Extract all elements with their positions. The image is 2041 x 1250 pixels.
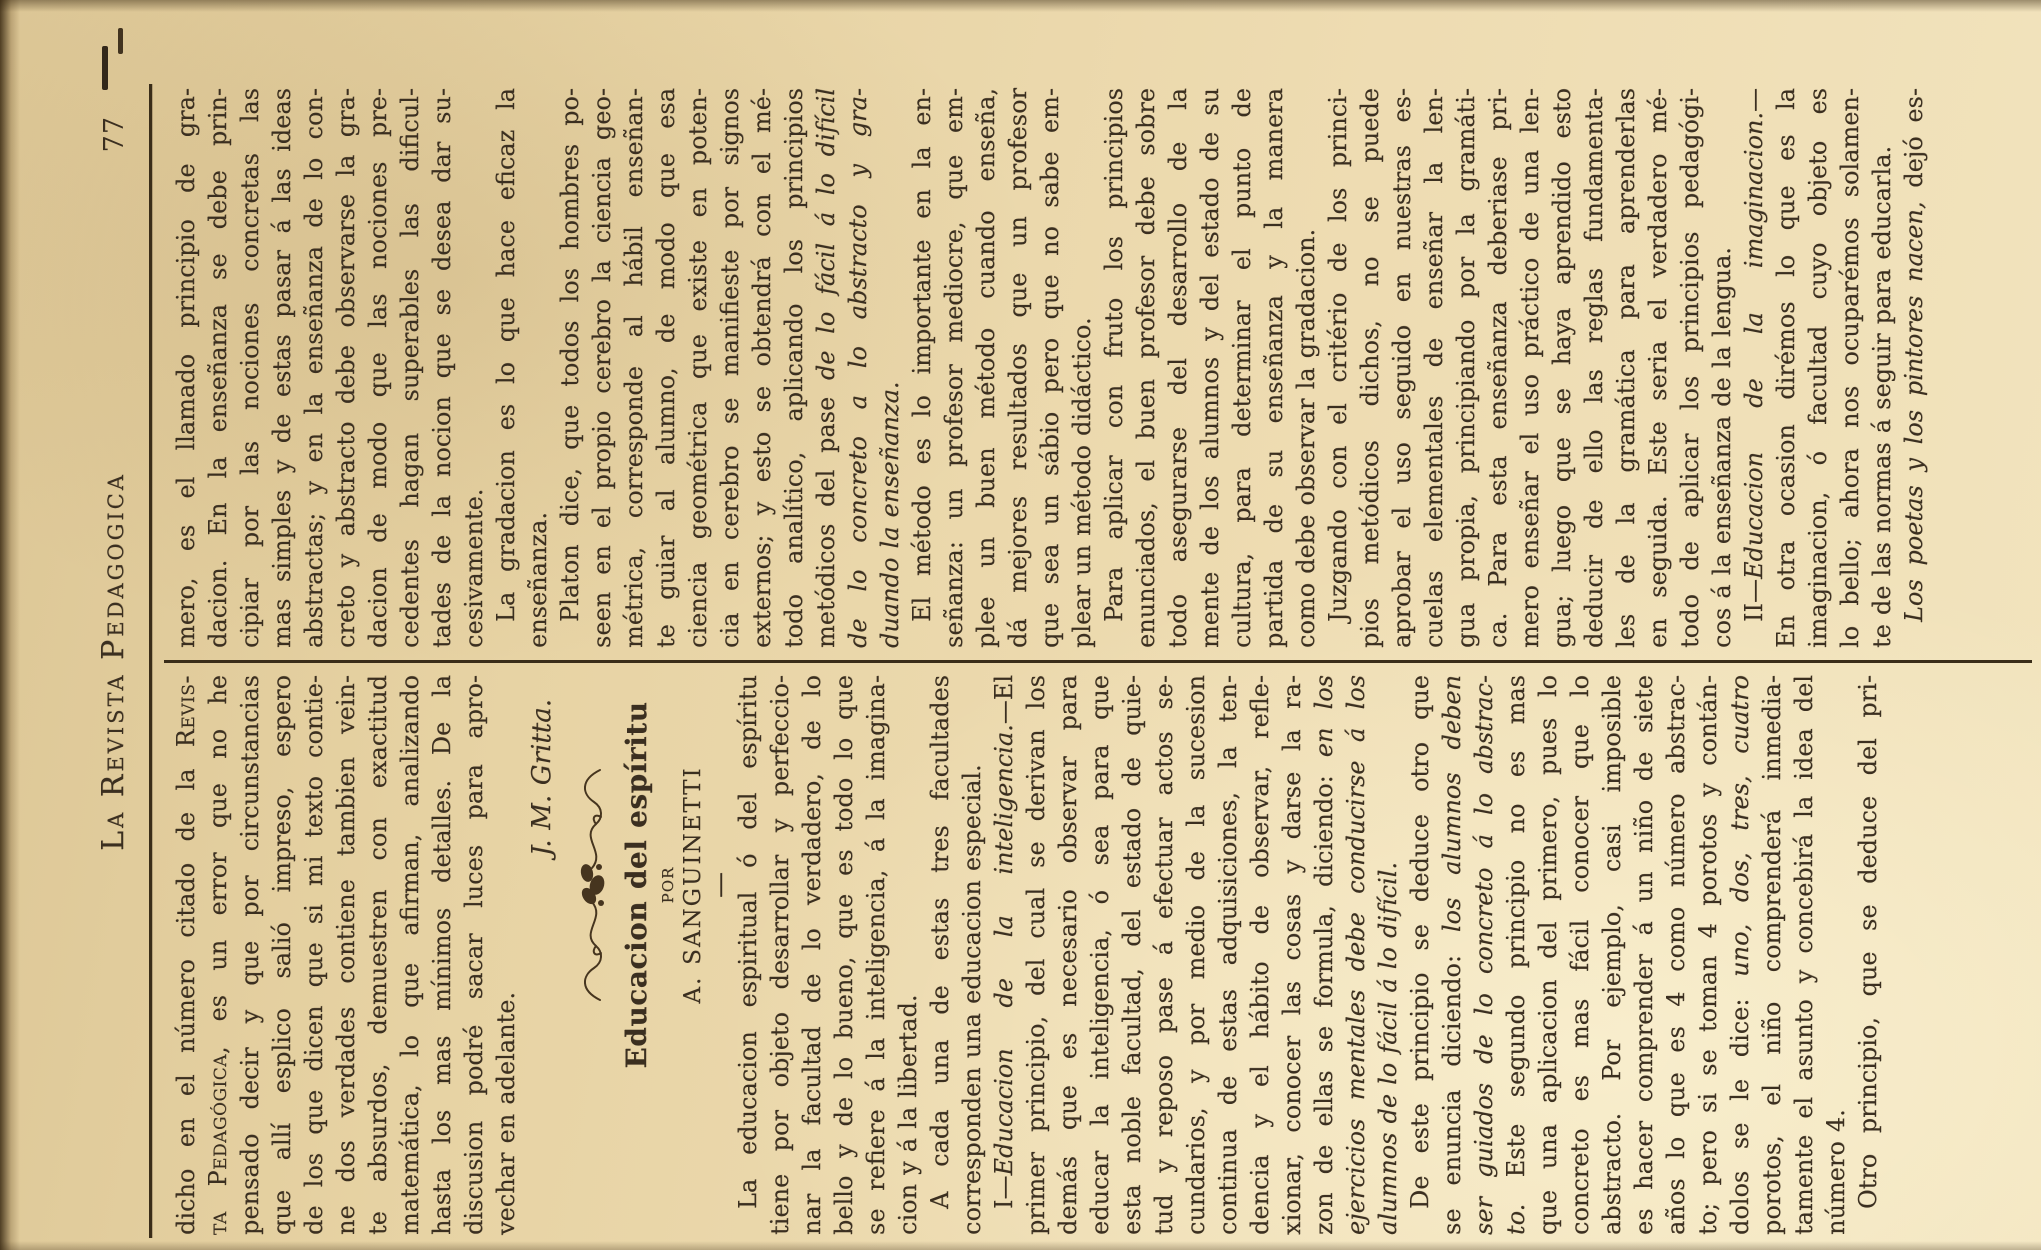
plain-text: es hacer comprender á un niño de siete	[1630, 675, 1658, 1235]
journal-page: La Revista Pedagogica 77 dicho en el núm…	[0, 0, 2041, 1250]
plain-text: esta noble facultad, del estado de quie-	[1118, 675, 1146, 1235]
text-line: demás que es necesario observar para	[1052, 675, 1084, 1235]
plain-text: que allí esplico salió impreso, espero	[268, 675, 296, 1235]
plain-text: abstractas; y en la enseñanza de lo con-	[300, 88, 328, 648]
plain-text: dá mejores resultados que un profesor	[1004, 88, 1032, 648]
plain-text: cundarios, y por medio de la sucesion	[1182, 675, 1210, 1235]
text-line: todo de aplicar los principios pedagógi-	[1674, 88, 1706, 648]
text-line: que allí esplico salió impreso, espero	[266, 675, 298, 1235]
text-line: Juzgando con el critério de los princi-	[1322, 88, 1354, 648]
text-line: lo bello; ahora nos ocuparémos solamen-	[1834, 88, 1866, 648]
plain-text: deducir de ello las reglas fundamenta-	[1580, 88, 1608, 648]
plain-text: bello y de lo bueno, que es todo lo que	[830, 675, 858, 1235]
plain-text: cia en cerebro se manifieste por signos	[716, 88, 744, 648]
italic-text: ejercicios mentales debe conducirse á lo…	[1342, 675, 1370, 1235]
text-line: Platon dice, que todos los hombres po-	[554, 88, 586, 648]
text-line: zon de ellas se formula, diciendo: en lo…	[1308, 675, 1340, 1235]
text-line: bello y de lo bueno, que es todo lo que	[828, 675, 860, 1235]
plain-text: hasta los mas mínimos detalles. De la	[428, 675, 456, 1235]
plain-text: abstracto. Por ejemplo, casi imposible	[1598, 675, 1626, 1235]
text-line: mero enseñar el uso práctico de una len-	[1514, 88, 1546, 648]
left-column: dicho en el número citado de la Revis-ta…	[170, 675, 1884, 1235]
text-line: que una aplicacion del primero, pues lo	[1532, 675, 1564, 1235]
text-line: dencia y el hábito de observar, refle-	[1244, 675, 1276, 1235]
plain-text: ciencia geométrica que existe en poten-	[684, 88, 712, 648]
italic-text: de lo concreto a lo abstracto y gra-	[844, 88, 872, 648]
plain-text: tud y reposo pase á efectuar actos se-	[1150, 675, 1178, 1235]
plain-text: pensado decir y que por circunstancias	[236, 675, 264, 1235]
plain-text: A cada una de estas tres facultades	[926, 675, 954, 1209]
plain-text: Otro principio, que se deduce del pri-	[1854, 675, 1882, 1209]
text-line: to; pero si se toman 4 porotos y contán-	[1692, 675, 1724, 1235]
text-line: mero, es el llamado principio de gra-	[170, 88, 202, 648]
plain-text: imaginacion, ó facultad cuyo objeto es	[1804, 88, 1832, 648]
text-line: ca. Para esta enseñanza deberiase pri-	[1482, 88, 1514, 648]
text-line: mas simples y de estas pasar á las ideas	[266, 88, 298, 648]
plain-text: dencia y el hábito de observar, refle-	[1246, 675, 1274, 1235]
paragraph-block: mero, es el llamado principio de gra-dac…	[170, 88, 1930, 648]
text-line: partida de su enseñanza y la manera	[1258, 88, 1290, 648]
text-line: cesivamente.	[458, 88, 490, 648]
plain-text: concreto es mas fácil conocer que lo	[1566, 675, 1594, 1235]
plain-text: pios metódicos dichos, no se puede	[1356, 88, 1384, 648]
plain-text: —El	[990, 675, 1018, 724]
text-line: ta Pedagógica, es un error que no he	[202, 675, 234, 1235]
plain-text: Este segundo principio no es mas	[1502, 675, 1530, 1204]
plain-text: se enuncia diciendo:	[1438, 932, 1466, 1235]
plain-text: dejó es-	[1900, 88, 1928, 201]
text-line: Otro principio, que se deduce del pri-	[1852, 675, 1884, 1235]
plain-text: te guiar al alumno, de modo que esa	[652, 88, 680, 648]
text-line: II—Educacion de la imaginacion.—	[1738, 88, 1770, 648]
header-rule	[149, 84, 152, 1238]
text-line: se refiere á la inteligencia, á la imagi…	[860, 675, 892, 1235]
plain-text: metódicos del pase	[812, 380, 840, 648]
text-line: de lo concreto a lo abstracto y gra-	[842, 88, 874, 648]
text-line: cipiar por las nociones concretas las	[234, 88, 266, 648]
text-line: I—Educacion de la inteligencia.—El	[988, 675, 1020, 1235]
plain-text: mente de los alumnos y del estado de su	[1196, 88, 1224, 648]
plain-text: número 4.	[1822, 1109, 1850, 1235]
text-line: corresponden una educacion especial.	[956, 675, 988, 1235]
text-line: mente de los alumnos y del estado de su	[1194, 88, 1226, 648]
text-line: métrica, corresponde al hábil enseñan-	[618, 88, 650, 648]
text-line: dá mejores resultados que un profesor	[1002, 88, 1034, 648]
plain-text: primer principio, del cual se derivan lo…	[1022, 675, 1050, 1235]
text-line: primer principio, del cual se derivan lo…	[1020, 675, 1052, 1235]
text-line: ciencia geométrica que existe en poten-	[682, 88, 714, 648]
plain-text: vechar en adelante.	[492, 992, 520, 1235]
paragraph-block: La educacion espiritual ó del espírituti…	[732, 675, 1884, 1235]
plain-text: plear un método didáctico.	[1068, 317, 1096, 648]
page-header: La Revista Pedagogica 77	[96, 88, 138, 1235]
plain-text: es un error que no he	[204, 675, 232, 1046]
paragraph-block: dicho en el número citado de la Revis-ta…	[170, 675, 522, 1235]
plain-text: todo de aplicar los principios pedagógi-	[1676, 88, 1704, 648]
plain-text: se refiere á la inteligencia, á la imagi…	[862, 675, 890, 1235]
plain-text: aprobar el uso seguido en nuestras es-	[1388, 88, 1416, 648]
text-line: dacion de modo que las nociones pre-	[362, 88, 394, 648]
text-line: seen en el propio cerebro la ciencia geo…	[586, 88, 618, 648]
text-line: continua de estas adquisiciones, la ten-	[1212, 675, 1244, 1235]
text-line: cion y á la libertad.	[892, 675, 924, 1235]
plain-text: lo bello; ahora nos ocuparémos solamen-	[1836, 88, 1864, 648]
smallcaps-text: Revis-	[172, 675, 200, 747]
text-line: tud y reposo pase á efectuar actos se-	[1148, 675, 1180, 1235]
article-author: A. SANGUINETTI	[678, 675, 708, 1235]
plain-text: Para aplicar con fruto los principios	[1100, 88, 1128, 622]
text-line: es hacer comprender á un niño de siete	[1628, 675, 1660, 1235]
text-line: se enuncia diciendo: los alumnos deben	[1436, 675, 1468, 1235]
plain-text: mero enseñar el uso práctico de una len-	[1516, 88, 1544, 648]
text-line: que sea un sábio pero que no sabe em-	[1034, 88, 1066, 648]
text-line: cedentes hagan superables las dificul-	[394, 88, 426, 648]
plain-text: como debe observar la gradacion.	[1292, 229, 1320, 648]
italic-text: Educacion de la inteligencia.	[990, 724, 1018, 1175]
plain-text: matemática, lo que afirman, analizando	[396, 675, 424, 1235]
right-column: mero, es el llamado principio de gra-dac…	[170, 88, 1930, 648]
text-line: ser guiados de lo concreto á lo abstrac-	[1468, 675, 1500, 1235]
text-line: dacion. En la enseñanza se debe prin-	[202, 88, 234, 648]
text-line: enseñanza.	[522, 88, 554, 648]
text-line: El método es lo importante en la en-	[906, 88, 938, 648]
plain-text: xionar, conocer las cosas y darse la ra-	[1278, 675, 1306, 1235]
italic-text: ser guiados de lo concreto á lo abstrac-	[1470, 675, 1498, 1235]
plain-text: cedentes hagan superables las dificul-	[396, 88, 424, 648]
plain-text: gua; luego que se haya aprendido esto	[1548, 88, 1576, 648]
text-line: ejercicios mentales debe conducirse á lo…	[1340, 675, 1372, 1235]
plain-text: tades de la nocion que se desea dar su-	[428, 88, 456, 648]
plain-text: externos; y esto se obtendrá con el mé-	[748, 88, 776, 648]
plain-text: cos á la enseñanza de la lengua.	[1708, 247, 1736, 648]
text-line: les de la gramática para aprenderlas	[1610, 88, 1642, 648]
text-line: en seguida. Este seria el verdadero mé-	[1642, 88, 1674, 648]
plain-text: continua de estas adquisiciones, la ten-	[1214, 675, 1242, 1235]
text-line: de los que dicen que si mi texto contie-	[298, 675, 330, 1235]
corner-bleed-mark-small	[118, 28, 123, 54]
text-line: todo analítico, aplicando los principios	[778, 88, 810, 648]
text-line: plee un buen método cuando enseña,	[970, 88, 1002, 648]
text-line: gua; luego que se haya aprendido esto	[1546, 88, 1578, 648]
italic-text: en los	[1310, 675, 1338, 757]
plain-text: educar la inteligencia, ó sea para que	[1086, 675, 1114, 1235]
italic-text: duando la enseñanza.	[876, 381, 904, 648]
text-line: to. Este segundo principio no es mas	[1500, 675, 1532, 1235]
plain-text: demás que es necesario observar para	[1054, 675, 1082, 1235]
plain-text: enseñanza.	[524, 512, 552, 648]
text-line: dicho en el número citado de la Revis-	[170, 675, 202, 1235]
plain-text: cesivamente.	[460, 489, 488, 648]
text-line: te guiar al alumno, de modo que esa	[650, 88, 682, 648]
text-line: abstractas; y en la enseñanza de lo con-	[298, 88, 330, 648]
text-line: creto y abstracto debe observarse la gra…	[330, 88, 362, 648]
plain-text: gua propia, principiando por la gramáti-	[1452, 88, 1480, 648]
plain-text: años lo que es 4 como número abstrac-	[1662, 675, 1690, 1235]
text-line: xionar, conocer las cosas y darse la ra-	[1276, 675, 1308, 1235]
text-line: tiene por objeto desarrollar y perfeccio…	[764, 675, 796, 1235]
plain-text: cipiar por las nociones concretas las	[236, 88, 264, 648]
plain-text: creto y abstracto debe observarse la gra…	[332, 88, 360, 648]
text-line: Para aplicar con fruto los principios	[1098, 88, 1130, 648]
plain-text: enunciados, el buen profesor debe sobre	[1132, 88, 1160, 648]
plain-text: plee un buen método cuando enseña,	[972, 88, 1000, 648]
text-line: como debe observar la gradacion.	[1290, 88, 1322, 648]
plain-text: Platon dice, que todos los hombres po-	[556, 88, 584, 622]
floral-vine-icon	[570, 766, 616, 1004]
plain-text: que una aplicacion del primero, pues lo	[1534, 675, 1562, 1235]
column-divider-rule	[164, 660, 2032, 663]
text-line: te absurdos, demuestren con exactitud	[362, 675, 394, 1235]
text-line: Los poetas y los pintores nacen, dejó es…	[1898, 88, 1930, 648]
corner-bleed-mark	[102, 46, 108, 90]
plain-text: dolos se le dice:	[1726, 977, 1754, 1235]
plain-text: tamente el asunto y concebirá la idea de…	[1790, 675, 1818, 1235]
author-signature: J. M. Gritta.	[524, 675, 560, 1235]
text-line: abstracto. Por ejemplo, casi imposible	[1596, 675, 1628, 1235]
text-line: deducir de ello las reglas fundamenta-	[1578, 88, 1610, 648]
journal-title: La Revista Pedagogica	[96, 88, 131, 1235]
heading-dash: —	[708, 675, 732, 1235]
text-line: plear un método didáctico.	[1066, 88, 1098, 648]
plain-text: les de la gramática para aprenderlas	[1612, 88, 1640, 648]
plain-text: métrica, corresponde al hábil enseñan-	[620, 88, 648, 648]
italic-text: uno, dos, tres, cuatro	[1726, 675, 1754, 977]
text-line: tades de la nocion que se desea dar su-	[426, 88, 458, 648]
plain-text: discusion podré sacar luces para apro-	[460, 675, 488, 1235]
plain-text: todo analítico, aplicando los principios	[780, 88, 808, 648]
text-line: De este principio se deduce otro que	[1404, 675, 1436, 1235]
plain-text: en seguida. Este seria el verdadero mé-	[1644, 88, 1672, 648]
plain-text: La gradacion es lo que hace eficaz la	[492, 88, 520, 622]
text-line: todo asegurarse del desarrollo de la	[1162, 88, 1194, 648]
plain-text: En otra ocasion dirémos lo que es la	[1772, 88, 1800, 648]
italic-text: alumnos de lo fácil á lo difícil.	[1374, 862, 1402, 1235]
text-line: discusion podré sacar luces para apro-	[458, 675, 490, 1235]
plain-text: cultura, para determinar el punto de	[1228, 88, 1256, 648]
text-line: duando la enseñanza.	[874, 88, 906, 648]
text-line: concreto es mas fácil conocer que lo	[1564, 675, 1596, 1235]
italic-text: to.	[1502, 1204, 1530, 1235]
plain-text: zon de ellas se formula, diciendo:	[1310, 757, 1338, 1235]
text-columns: dicho en el número citado de la Revis-ta…	[170, 88, 2032, 1235]
text-line: te de las normas á seguir para educarla.	[1866, 88, 1898, 648]
plain-text: señanza: un profesor mediocre, que em-	[940, 88, 968, 648]
text-line: matemática, lo que afirman, analizando	[394, 675, 426, 1235]
text-line: gua propia, principiando por la gramáti-	[1450, 88, 1482, 648]
plain-text: corresponden una educacion especial.	[958, 764, 986, 1235]
plain-text: De este principio se deduce otro que	[1406, 675, 1434, 1209]
plain-text: El método es lo importante en la en-	[908, 88, 936, 622]
plain-text: I—	[990, 1176, 1018, 1209]
plain-text: mas simples y de estas pasar á las ideas	[268, 88, 296, 648]
text-line: metódicos del pase de lo fácil á lo difí…	[810, 88, 842, 648]
text-line: pios metódicos dichos, no se puede	[1354, 88, 1386, 648]
plain-text: cion y á la libertad.	[894, 995, 922, 1236]
italic-text: los alumnos deben	[1438, 675, 1466, 932]
text-line: En otra ocasion dirémos lo que es la	[1770, 88, 1802, 648]
plain-text: dacion. En la enseñanza se debe prin-	[204, 88, 232, 648]
plain-text: partida de su enseñanza y la manera	[1260, 88, 1288, 648]
text-line: ne dos verdades contiene tambien vein-	[330, 675, 362, 1235]
plain-text: ne dos verdades contiene tambien vein-	[332, 675, 360, 1235]
text-line: La educacion espiritual ó del espíritu	[732, 675, 764, 1235]
text-line: educar la inteligencia, ó sea para que	[1084, 675, 1116, 1235]
plain-text: seen en el propio cerebro la ciencia geo…	[588, 88, 616, 648]
plain-text: todo asegurarse del desarrollo de la	[1164, 88, 1192, 648]
text-line: vechar en adelante.	[490, 675, 522, 1235]
text-line: imaginacion, ó facultad cuyo objeto es	[1802, 88, 1834, 648]
plain-text: cuelas elementales de enseñar la len-	[1420, 88, 1448, 648]
text-line: La gradacion es lo que hace eficaz la	[490, 88, 522, 648]
plain-text: to; pero si se toman 4 porotos y contán-	[1694, 675, 1722, 1235]
text-line: A cada una de estas tres facultades	[924, 675, 956, 1235]
plain-text: dicho en el número citado de la	[172, 747, 200, 1235]
ornament-divider	[570, 675, 616, 1235]
page-number: 77	[99, 116, 130, 152]
byline-label: POR	[658, 675, 678, 1235]
text-line: cia en cerebro se manifieste por signos	[714, 88, 746, 648]
plain-text: Juzgando con el critério de los princi-	[1324, 88, 1352, 622]
plain-text: ca. Para esta enseñanza deberiase pri-	[1484, 88, 1512, 648]
plain-text: tiene por objeto desarrollar y perfeccio…	[766, 675, 794, 1235]
plain-text: que sea un sábio pero que no sabe em-	[1036, 88, 1064, 648]
italic-text: de lo fácil á lo difícil	[812, 88, 840, 380]
text-line: aprobar el uso seguido en nuestras es-	[1386, 88, 1418, 648]
text-line: cuelas elementales de enseñar la len-	[1418, 88, 1450, 648]
text-line: número 4.	[1820, 675, 1852, 1235]
text-line: enunciados, el buen profesor debe sobre	[1130, 88, 1162, 648]
plain-text: nar la facultad de lo verdadero, de lo	[798, 675, 826, 1235]
plain-text: de los que dicen que si mi texto contie-	[300, 675, 328, 1235]
text-line: alumnos de lo fácil á lo difícil.	[1372, 675, 1404, 1235]
article-title: Educacion del espíritu	[618, 675, 656, 1235]
text-line: años lo que es 4 como número abstrac-	[1660, 675, 1692, 1235]
plain-text: II—	[1740, 579, 1768, 622]
text-line: tamente el asunto y concebirá la idea de…	[1788, 675, 1820, 1235]
text-line: cultura, para determinar el punto de	[1226, 88, 1258, 648]
text-line: cos á la enseñanza de la lengua.	[1706, 88, 1738, 648]
plain-text: —	[1740, 88, 1768, 112]
text-line: nar la facultad de lo verdadero, de lo	[796, 675, 828, 1235]
text-line: esta noble facultad, del estado de quie-	[1116, 675, 1148, 1235]
plain-text: La educacion espiritual ó del espíritu	[734, 675, 762, 1209]
text-line: pensado decir y que por circunstancias	[234, 675, 266, 1235]
plain-text: te absurdos, demuestren con exactitud	[364, 675, 392, 1235]
plain-text: dacion de modo que las nociones pre-	[364, 88, 392, 648]
text-line: hasta los mas mínimos detalles. De la	[426, 675, 458, 1235]
smallcaps-text: ta Pedagógica,	[204, 1046, 232, 1235]
text-line: cundarios, y por medio de la sucesion	[1180, 675, 1212, 1235]
text-line: señanza: un profesor mediocre, que em-	[938, 88, 970, 648]
text-line: externos; y esto se obtendrá con el mé-	[746, 88, 778, 648]
plain-text: mero, es el llamado principio de gra-	[172, 88, 200, 648]
plain-text: porotos, el niño comprenderá inmedia-	[1758, 675, 1786, 1235]
text-line: porotos, el niño comprenderá inmedia-	[1756, 675, 1788, 1235]
plain-text: te de las normas á seguir para educarla.	[1868, 146, 1896, 648]
italic-text: Los poetas y los pintores nacen,	[1900, 201, 1928, 622]
text-line: dolos se le dice: uno, dos, tres, cuatro	[1724, 675, 1756, 1235]
italic-text: Educacion de la imaginacion.	[1740, 112, 1768, 579]
